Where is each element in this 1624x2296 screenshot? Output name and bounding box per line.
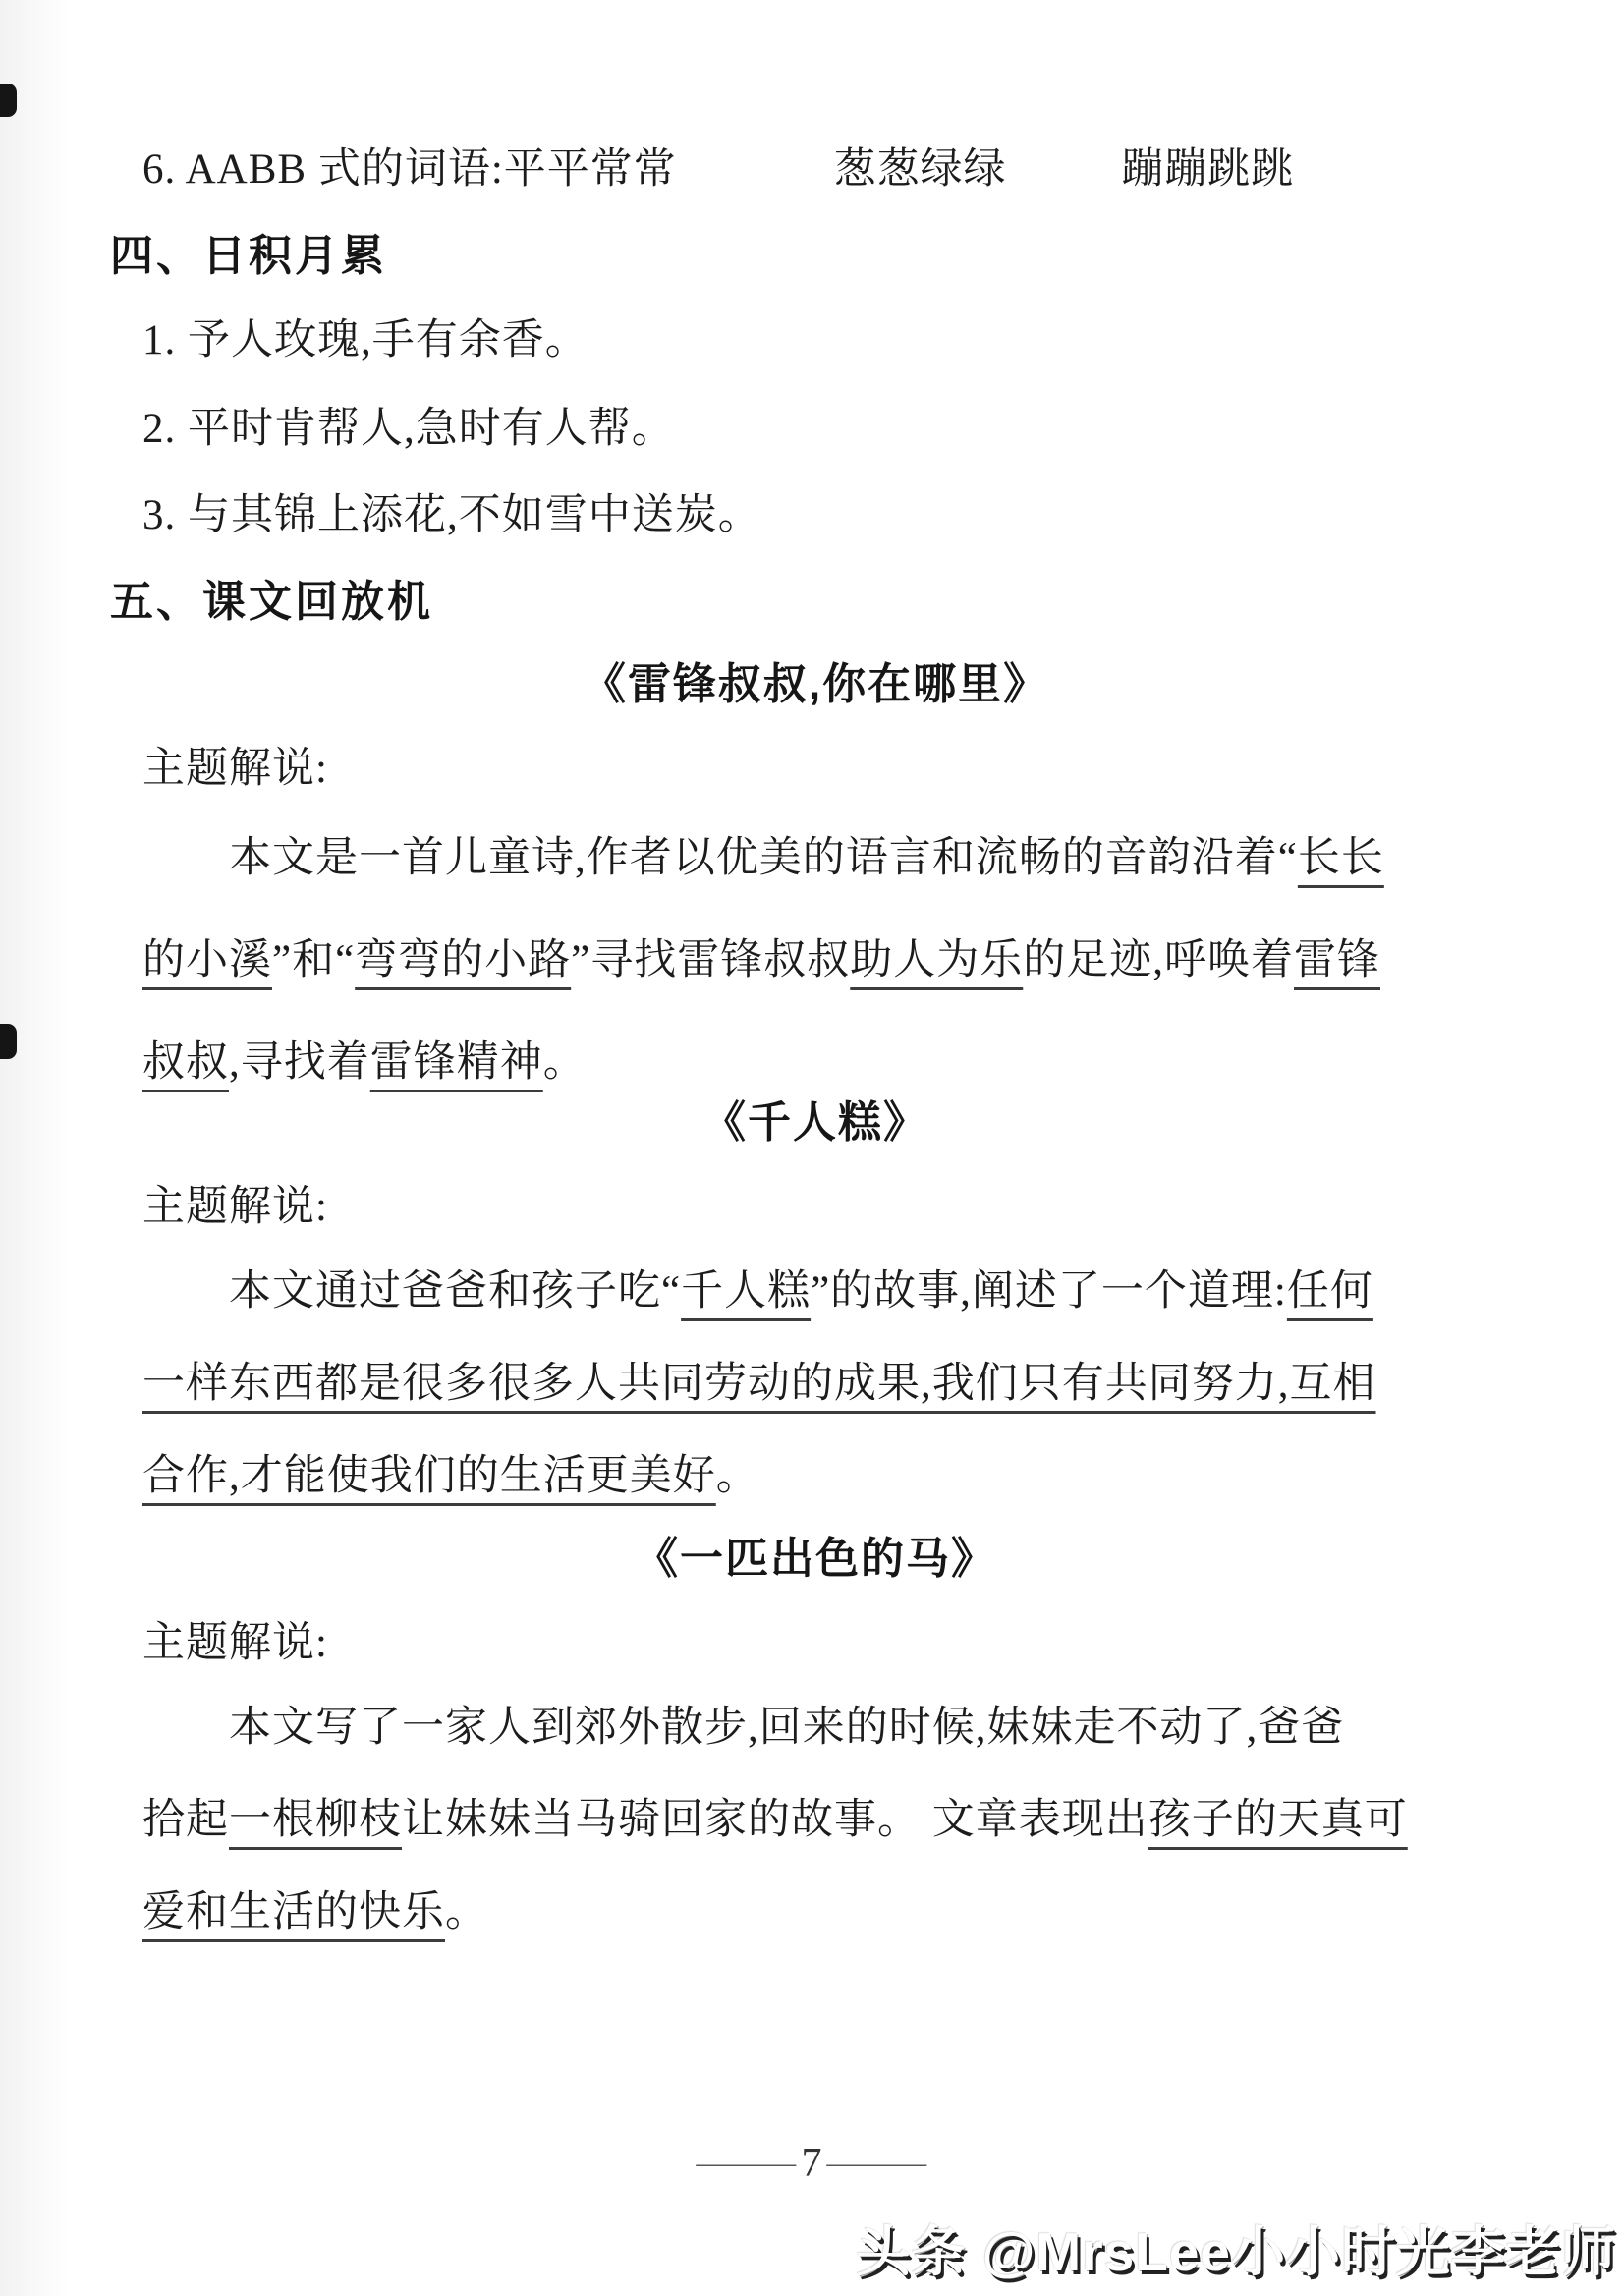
section-heading-5: 五、课文回放机 <box>110 566 433 629</box>
text-line: 的小溪”和“弯弯的小路”寻找雷锋叔叔助人为乐的足迹,呼唤着雷锋 <box>142 910 1384 1012</box>
text-segment: 。 <box>445 1889 488 1935</box>
text-segment: 本文通过爸爸和孩子吃“ <box>229 1268 681 1315</box>
underlined-key-phrase: 千人糕 <box>681 1268 811 1315</box>
text-segment: 。 <box>716 1453 759 1499</box>
underlined-key-phrase: 的小溪 <box>142 937 272 983</box>
underlined-key-phrase: 弯弯的小路 <box>355 937 571 983</box>
text-line: 本文写了一家人到郊外散步,回来的时候,妹妹走不动了,爸爸 <box>142 1682 1408 1774</box>
lesson-title: 《一匹出色的马》 <box>142 1523 1488 1586</box>
aabb-label: 6. AABB 式的词语:平平常常 <box>142 146 677 193</box>
theme-label: 主题解说: <box>142 735 328 795</box>
text-segment: 让妹妹当马骑回家的故事。 文章表现出 <box>402 1797 1148 1843</box>
underlined-key-phrase: 合作,才能使我们的生活更美好 <box>142 1453 716 1499</box>
text-line: 合作,才能使我们的生活更美好。 <box>142 1430 1376 1523</box>
toutiao-watermark: 头条 @MrsLee小小时光李老师 <box>857 2209 1617 2286</box>
page-footer: —7— <box>0 2140 1624 2187</box>
text-segment: ”和“ <box>272 937 355 983</box>
lesson-title: 《雷锋叔叔,你在哪里》 <box>142 648 1488 711</box>
lesson-title: 《千人糕》 <box>142 1087 1488 1149</box>
text-segment: 的足迹,呼唤着 <box>1023 937 1294 983</box>
section-heading-4: 四、日积月累 <box>110 220 387 283</box>
page-number: 7 <box>802 2141 823 2186</box>
proverb-item: 3. 与其锦上添花,不如雪中送炭。 <box>142 481 761 541</box>
underlined-key-phrase: 爱和生活的快乐 <box>142 1889 445 1935</box>
underlined-key-phrase: 雷锋精神 <box>370 1039 543 1086</box>
aabb-word: 葱葱绿绿 <box>834 146 1007 193</box>
text-segment: 拾起 <box>142 1797 229 1843</box>
text-segment: ”的故事,阐述了一个道理: <box>811 1268 1287 1315</box>
scanned-workbook-page: 6. AABB 式的词语:平平常常 葱葱绿绿 蹦蹦跳跳 四、日积月累 1. 予人… <box>0 0 1624 2296</box>
aabb-word: 蹦蹦跳跳 <box>1121 146 1294 193</box>
underlined-key-phrase: 长长 <box>1298 835 1384 881</box>
underlined-key-phrase: 孩子的天真可 <box>1148 1797 1408 1843</box>
underlined-key-phrase: 雷锋 <box>1294 937 1380 983</box>
text-line: 一样东西都是很多很多人共同劳动的成果,我们只有共同努力,互相 <box>142 1338 1376 1430</box>
lesson-summary-paragraph: 本文是一首儿童诗,作者以优美的语言和流畅的音韵沿着“长长的小溪”和“弯弯的小路”… <box>142 808 1384 1114</box>
underlined-key-phrase: 一根柳枝 <box>229 1797 402 1843</box>
lesson-summary-paragraph: 本文通过爸爸和孩子吃“千人糕”的故事,阐述了一个道理:任何一样东西都是很多很多人… <box>142 1246 1376 1523</box>
text-segment: 。 <box>543 1039 587 1086</box>
aabb-word-list-line: 6. AABB 式的词语:平平常常 葱葱绿绿 蹦蹦跳跳 <box>142 136 1294 196</box>
lesson-summary-paragraph: 本文写了一家人到郊外散步,回来的时候,妹妹走不动了,爸爸拾起一根柳枝让妹妹当马骑… <box>142 1682 1408 1959</box>
text-segment: ”寻找雷锋叔叔 <box>571 937 850 983</box>
underlined-key-phrase: 一样东西都是很多很多人共同劳动的成果,我们只有共同努力,互相 <box>142 1361 1376 1407</box>
text-line: 本文是一首儿童诗,作者以优美的语言和流畅的音韵沿着“长长 <box>142 808 1384 910</box>
theme-label: 主题解说: <box>142 1609 328 1669</box>
underlined-key-phrase: 助人为乐 <box>850 937 1023 983</box>
text-line: 爱和生活的快乐。 <box>142 1867 1408 1959</box>
text-segment: 本文写了一家人到郊外散步,回来的时候,妹妹走不动了,爸爸 <box>229 1705 1344 1751</box>
text-segment: ,寻找着 <box>229 1039 370 1086</box>
proverb-item: 1. 予人玫瑰,手有余香。 <box>142 307 588 366</box>
underlined-key-phrase: 任何 <box>1287 1268 1373 1315</box>
proverb-item: 2. 平时肯帮人,急时有人帮。 <box>142 395 675 455</box>
footer-dash: — <box>696 2147 797 2180</box>
text-segment: 本文是一首儿童诗,作者以优美的语言和流畅的音韵沿着“ <box>229 835 1298 881</box>
underlined-key-phrase: 叔叔 <box>142 1039 229 1086</box>
text-line: 本文通过爸爸和孩子吃“千人糕”的故事,阐述了一个道理:任何 <box>142 1246 1376 1338</box>
text-line: 拾起一根柳枝让妹妹当马骑回家的故事。 文章表现出孩子的天真可 <box>142 1774 1408 1867</box>
scan-edge-artifact <box>0 1024 17 1059</box>
scan-edge-artifact <box>0 84 17 117</box>
footer-dash: — <box>826 2147 927 2180</box>
theme-label: 主题解说: <box>142 1173 328 1233</box>
